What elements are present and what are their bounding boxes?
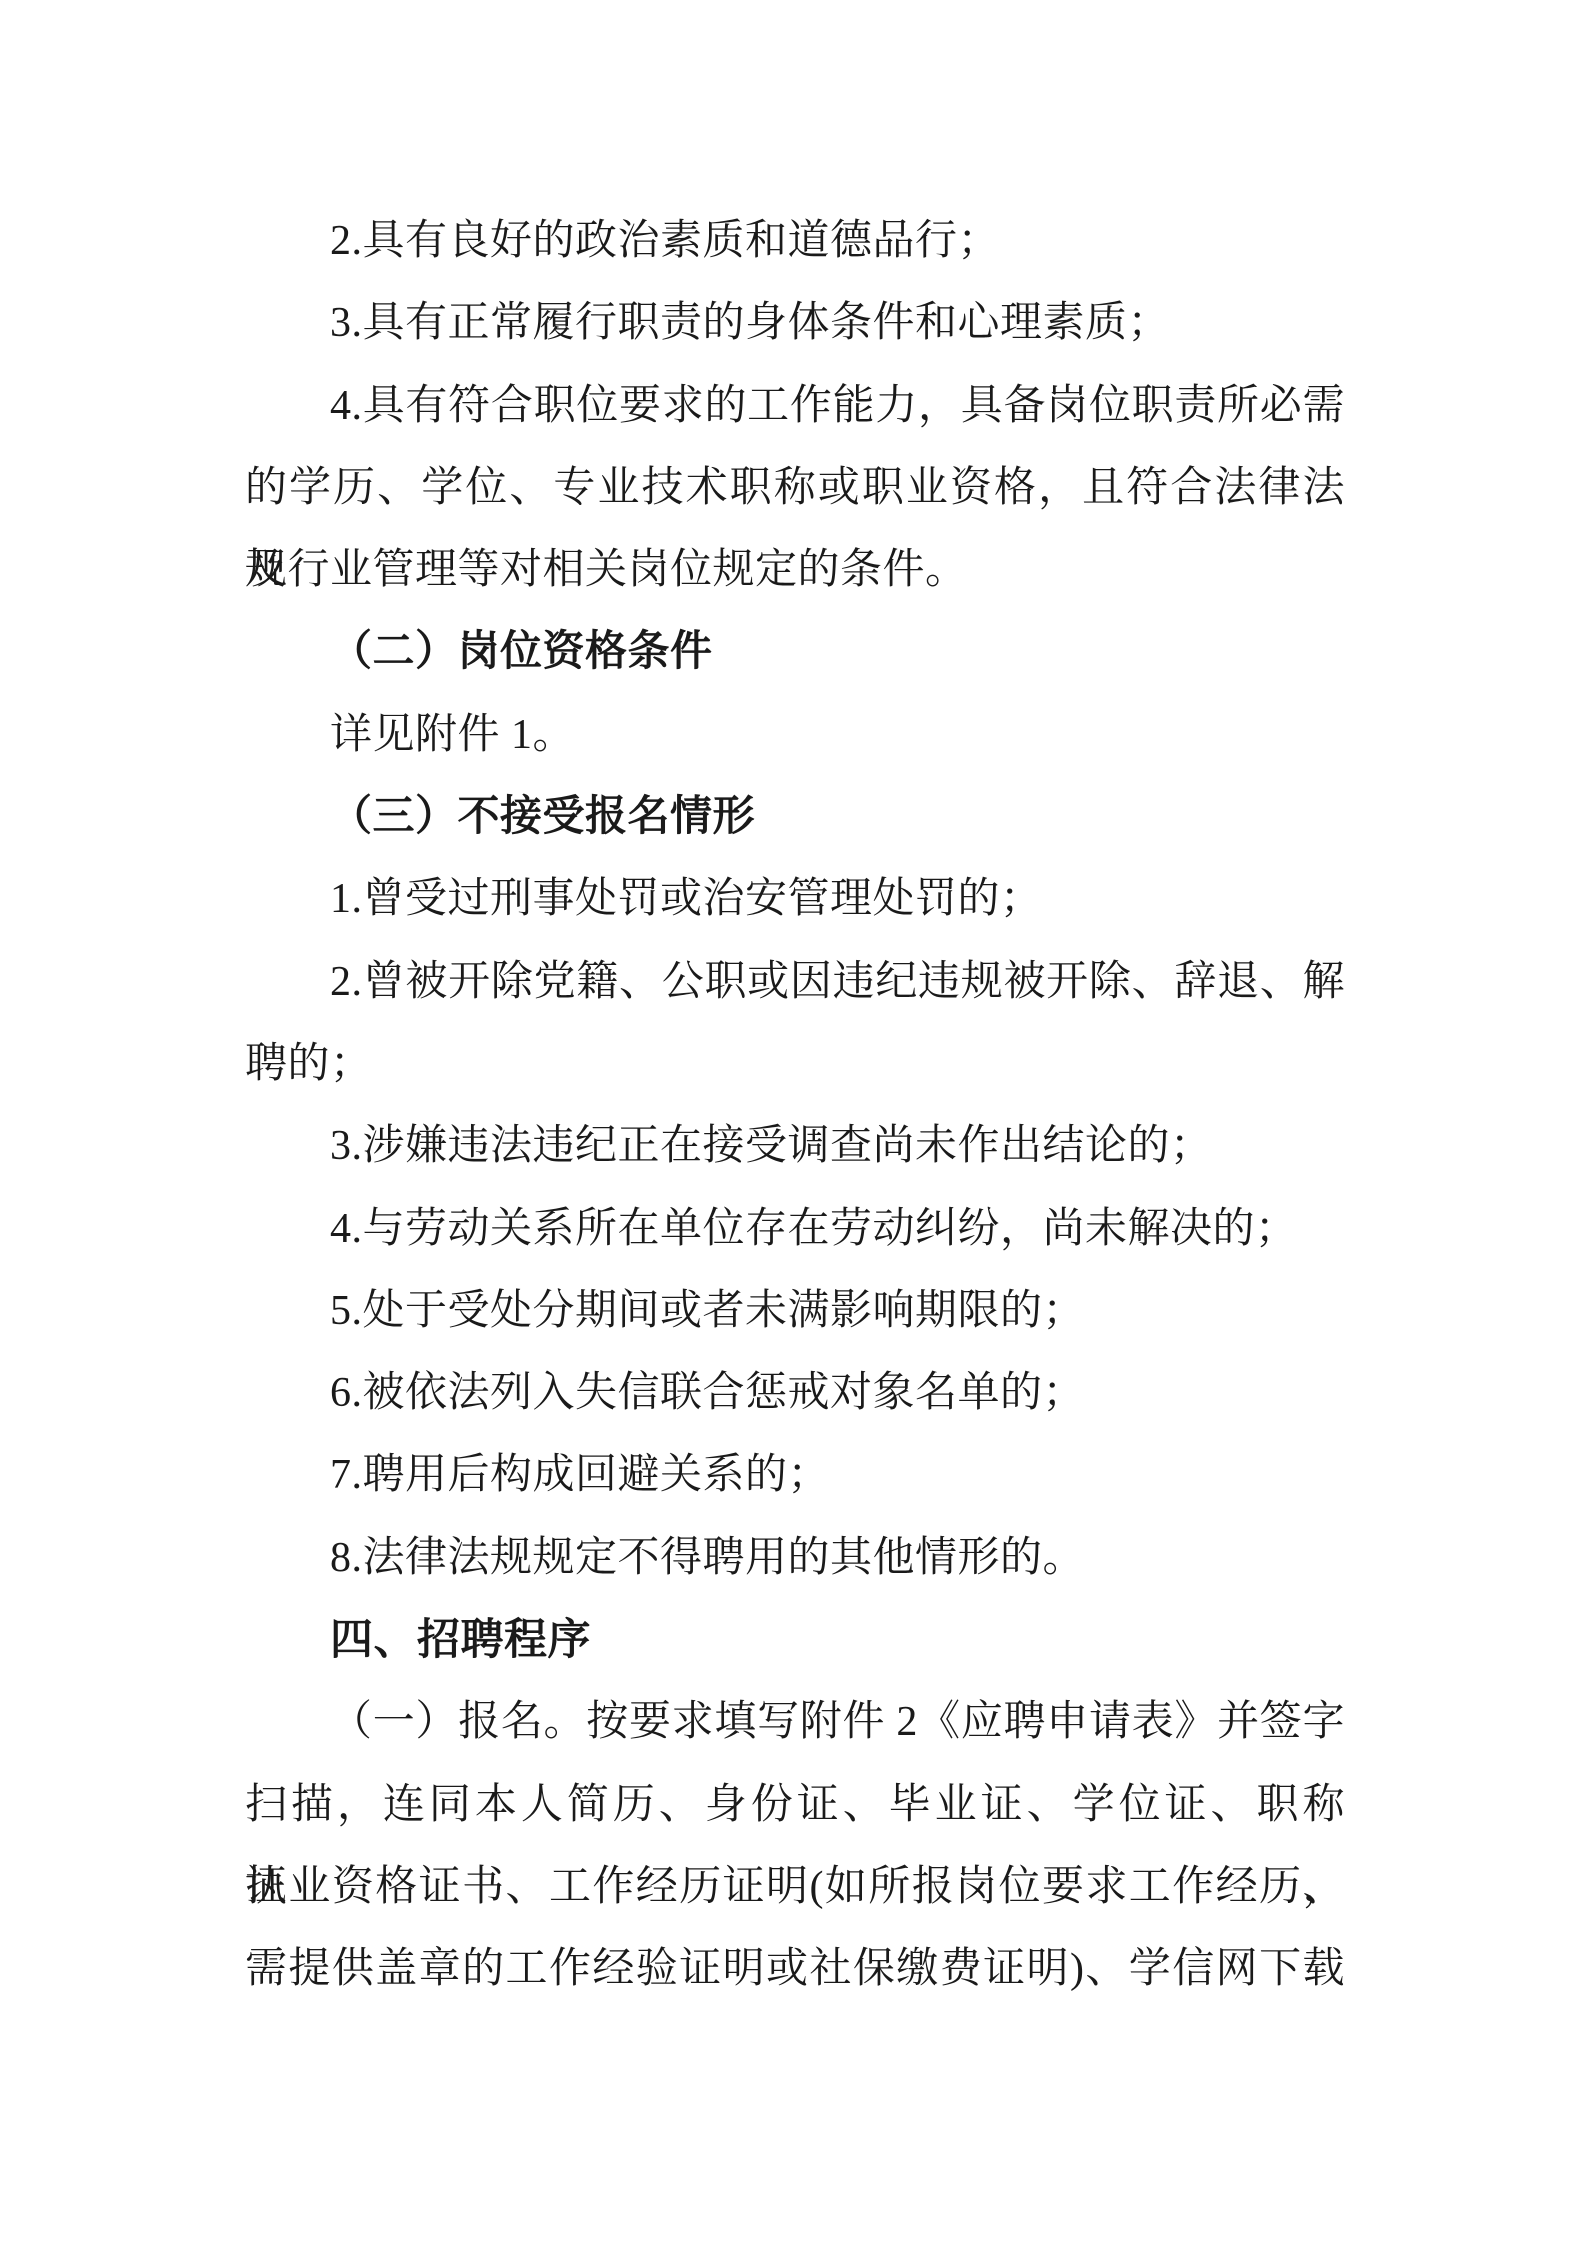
text-line-10: 2.曾被开除党籍、公职或因违纪违规被开除、辞退、解 (245, 941, 1345, 1023)
text-line-6: （二）岗位资格条件 (245, 611, 1345, 693)
text-line-1: 2.具有良好的政治素质和道德品行； (245, 200, 1345, 282)
text-line-20: 扫描，连同本人简历、身份证、毕业证、学位证、职称证、 (245, 1764, 1345, 1846)
text-line-11: 聘的； (245, 1023, 1345, 1105)
line-text: 按要求填写附件 2《应聘申请表》并签字 (586, 1699, 1345, 1745)
text-line-18: 四、招聘程序 (245, 1599, 1345, 1681)
text-line-12: 3.涉嫌违法违纪正在接受调查尚未作出结论的； (245, 1105, 1345, 1187)
text-line-9: 1.曾受过刑事处罚或治安管理处罚的； (245, 858, 1345, 940)
text-line-22: 需提供盖章的工作经验证明或社保缴费证明)、学信网下载 (245, 1928, 1345, 2010)
text-line-17: 8.法律法规规定不得聘用的其他情形的。 (245, 1517, 1345, 1599)
document-page: 2.具有良好的政治素质和道德品行；3.具有正常履行职责的身体条件和心理素质；4.… (0, 0, 1587, 2245)
text-line-7: 详见附件 1。 (245, 694, 1345, 776)
text-line-13: 4.与劳动关系所在单位存在劳动纠纷，尚未解决的； (245, 1188, 1345, 1270)
text-line-5: 及行业管理等对相关岗位规定的条件。 (245, 529, 1345, 611)
text-block: 2.具有良好的政治素质和道德品行；3.具有正常履行职责的身体条件和心理素质；4.… (245, 200, 1345, 2011)
text-line-16: 7.聘用后构成回避关系的； (245, 1434, 1345, 1516)
text-line-3: 4.具有符合职位要求的工作能力，具备岗位职责所必需 (245, 365, 1345, 447)
text-line-8: （三）不接受报名情形 (245, 776, 1345, 858)
run-in-heading-kai: （一）报名。 (330, 1699, 586, 1745)
text-line-21: 执业资格证书、工作经历证明(如所报岗位要求工作经历， (245, 1846, 1345, 1928)
text-line-14: 5.处于受处分期间或者未满影响期限的； (245, 1270, 1345, 1352)
text-line-2: 3.具有正常履行职责的身体条件和心理素质； (245, 282, 1345, 364)
text-line-19: （一）报名。按要求填写附件 2《应聘申请表》并签字 (245, 1681, 1345, 1763)
text-line-4: 的学历、学位、专业技术职称或职业资格，且符合法律法规 (245, 447, 1345, 529)
text-line-15: 6.被依法列入失信联合惩戒对象名单的； (245, 1352, 1345, 1434)
